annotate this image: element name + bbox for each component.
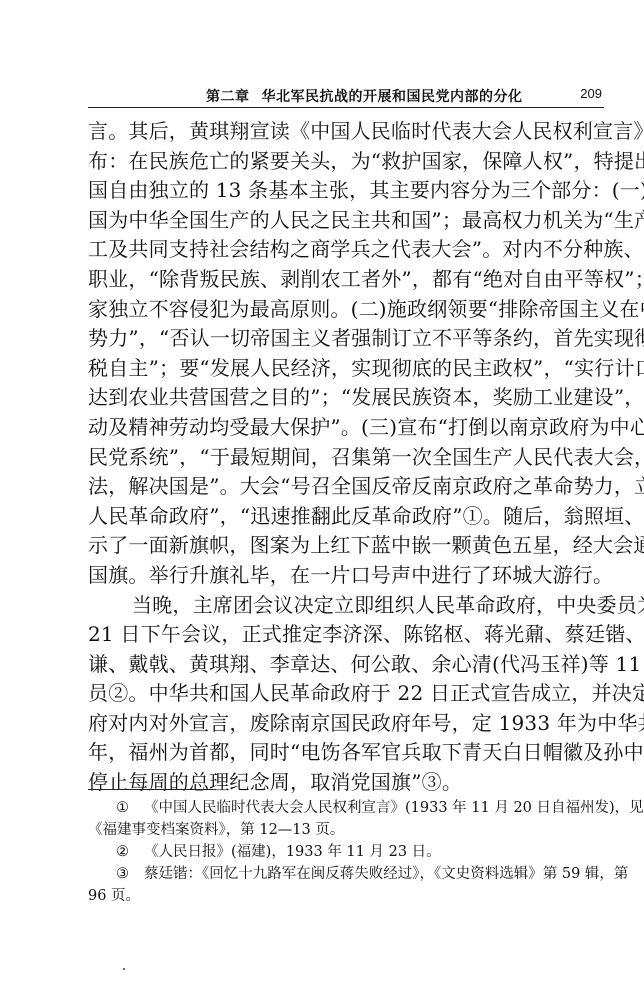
- text-line: 职业，“除背叛民族、剥削农工者外”，都有“绝对自由平等权”；对外以国: [88, 265, 606, 295]
- text-line: 达到农业共营国营之目的”；“发展民族资本，奖励工业建设”，“肉体劳: [88, 383, 606, 413]
- text-line: 府对内对外宣言，废除南京国民政府年号，定 1933 年为中华共和国元: [88, 709, 606, 739]
- text-line: 人民革命政府”，“迅速推翻此反革命政府”①。随后，翁照垣、丘国珍展: [88, 502, 606, 532]
- text-line: 布：在民族危亡的紧要关头，为“救护国家，保障人权”，特提出了谋求中: [88, 147, 606, 177]
- header-rule: [88, 107, 604, 108]
- footnote-1-continuation: 《福建事变档案资料》，第 12—13 页。: [88, 819, 606, 841]
- text-line: 法，解决国是”。大会“号召全国反帝反南京政府之革命势力，立即组织: [88, 472, 606, 502]
- text-line: 谦、戴戟、黄琪翔、李章达、何公敢、余心清(代冯玉祥)等 11 人为中央委: [88, 650, 606, 680]
- text-line: 动及精神劳动均受最大保护”。(三)宣布“打倒以南京政府为中心之国: [88, 413, 606, 443]
- paragraph-start-line: 当晚，主席团会议决定立即组织人民革命政府，中央委员为 11 人。: [88, 591, 606, 621]
- text-line: 21 日下午会议，正式推定李济深、陈铭枢、蒋光鼐、蔡廷锴、陈友仁、徐: [88, 620, 606, 650]
- text-line: 停止每周的总理纪念周，取消党国旗”③。: [88, 768, 606, 798]
- footnote-3-continuation: 96 页。: [88, 885, 606, 907]
- footnote-1: ①《中国人民临时代表大会人民权利宣言》(1933 年 11 月 20 日自福州发…: [88, 797, 606, 819]
- footnote-text: 蔡廷锴：《回忆十九路军在闽反蒋失败经过》，《文史资料选辑》第 59 辑，第: [144, 866, 628, 882]
- footnote-separator: [88, 789, 216, 790]
- scan-speck: [123, 968, 125, 970]
- text-line: 年，福州为首都，同时“电饬各军官兵取下青天白日帽徽及孙中山遗像，: [88, 738, 606, 768]
- footnote-text: 《中国人民临时代表大会人民权利宣言》(1933 年 11 月 20 日自福州发)…: [144, 800, 644, 816]
- text-line: 国为中华全国生产的人民之民主共和国”；最高权力机关为“生产的农: [88, 206, 606, 236]
- chapter-title: 华北军民抗战的开展和国民党内部的分化: [262, 89, 523, 105]
- text-line: 工及共同支持社会结构之商学兵之代表大会”。对内不分种族、性别、: [88, 235, 606, 265]
- running-header: 第二章华北军民抗战的开展和国民党内部的分化 209: [88, 86, 604, 104]
- footnote-2: ②《人民日报》(福建)，1933 年 11 月 23 日。: [88, 841, 606, 863]
- chapter-heading: 第二章华北军民抗战的开展和国民党内部的分化: [206, 86, 523, 106]
- text-line: 税自主”；要“发展人民经济，实现彻底的民主政权”，“实行计口授田，以: [88, 354, 606, 384]
- footnote-marker: ②: [116, 841, 144, 863]
- footnote-marker: ①: [116, 797, 144, 819]
- text-line: 员②。中华共和国人民革命政府于 22 日正式宣告成立，并决定发出政: [88, 679, 606, 709]
- text-line: 国旗。举行升旗礼毕，在一片口号声中进行了环城大游行。: [88, 561, 606, 591]
- chapter-number: 第二章: [206, 89, 250, 105]
- text-line: 家独立不容侵犯为最高原则。(二)施政纲领要“排除帝国主义在中国: [88, 295, 606, 325]
- body-text: 言。其后，黄琪翔宣读《中国人民临时代表大会人民权利宣言》，公开宣 布：在民族危亡…: [88, 117, 606, 798]
- text-line: 国自由独立的 13 条基本主张，其主要内容分为三个部分：(一)规定“中: [88, 176, 606, 206]
- text-line: 言。其后，黄琪翔宣读《中国人民临时代表大会人民权利宣言》，公开宣: [88, 117, 606, 147]
- text-line: 示了一面新旗帜，图案为上红下蓝中嵌一颗黄色五星，经大会通过为新: [88, 531, 606, 561]
- footnotes: ①《中国人民临时代表大会人民权利宣言》(1933 年 11 月 20 日自福州发…: [88, 797, 606, 907]
- footnote-3: ③蔡廷锴：《回忆十九路军在闽反蒋失败经过》，《文史资料选辑》第 59 辑，第: [88, 863, 606, 885]
- page-number: 209: [580, 86, 602, 101]
- text-line: 民党系统”，“于最短期间，召集第一次全国生产人民代表大会，制定宪: [88, 443, 606, 473]
- footnote-marker: ③: [116, 863, 144, 885]
- footnote-text: 《人民日报》(福建)，1933 年 11 月 23 日。: [144, 844, 441, 860]
- text-line: 势力”，“否认一切帝国主义者强制订立不平等条约，首先实现彻底之关: [88, 324, 606, 354]
